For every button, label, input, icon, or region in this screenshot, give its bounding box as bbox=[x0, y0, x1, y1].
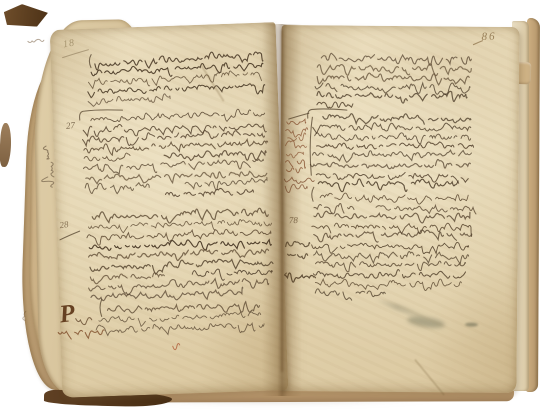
handwriting-line bbox=[315, 81, 472, 96]
manuscript-page-left: 18 2728P bbox=[50, 22, 289, 398]
handwriting-line bbox=[192, 267, 274, 282]
manuscript-book-photo: 86 78 18 2728P bbox=[0, 0, 555, 416]
handwriting-line bbox=[314, 202, 356, 216]
handwriting-line bbox=[316, 170, 470, 186]
pen-flourish bbox=[308, 117, 317, 177]
handwriting-line bbox=[91, 287, 245, 306]
margin-note-scribble bbox=[285, 141, 308, 154]
handwriting-line bbox=[92, 208, 270, 226]
handwriting-line bbox=[87, 227, 273, 246]
margin-note-scribble bbox=[286, 125, 310, 138]
handwriting-line bbox=[320, 192, 470, 208]
pen-flourish bbox=[98, 299, 107, 318]
handwriting-line bbox=[376, 202, 478, 216]
margin-note-scribble bbox=[286, 165, 304, 178]
manuscript-paragraph bbox=[50, 22, 289, 398]
margin-note-scribble bbox=[284, 174, 316, 188]
handwriting-line bbox=[312, 221, 474, 237]
ink-smudge-stain bbox=[374, 296, 430, 322]
parchment-crease bbox=[414, 359, 445, 396]
margin-numeral: 28 bbox=[59, 220, 69, 230]
margin-numeral: 78 bbox=[289, 216, 298, 225]
handwriting-line bbox=[88, 246, 270, 266]
handwriting-line bbox=[312, 151, 473, 164]
manuscript-paragraph bbox=[50, 22, 289, 398]
handwriting-line bbox=[88, 93, 172, 109]
handwriting-line bbox=[317, 63, 473, 79]
margin-numeral: 27 bbox=[66, 121, 76, 131]
pen-flourish bbox=[60, 231, 82, 242]
handwriting-line bbox=[165, 187, 255, 202]
handwriting-line bbox=[91, 61, 265, 81]
handwriting-line bbox=[90, 258, 275, 276]
handwriting-line bbox=[312, 240, 471, 256]
margin-note-scribble bbox=[173, 342, 183, 355]
handwriting-line bbox=[84, 152, 132, 167]
handwriting-line bbox=[317, 72, 471, 88]
handwriting-line bbox=[315, 288, 387, 301]
handwriting-line bbox=[88, 82, 267, 100]
margin-note-scribble bbox=[58, 326, 106, 341]
margin-note-scribble bbox=[287, 117, 308, 130]
pen-flourish bbox=[289, 113, 311, 121]
handwriting-line bbox=[185, 177, 269, 193]
handwriting-line bbox=[89, 238, 273, 256]
handwriting-line bbox=[315, 131, 473, 147]
handwriting-line bbox=[96, 320, 266, 338]
book-cover-corner bbox=[4, 3, 49, 28]
handwriting-line bbox=[83, 155, 265, 176]
handwriting-line bbox=[314, 230, 474, 244]
handwriting-line bbox=[99, 311, 263, 329]
folio-number-left: 18 bbox=[62, 38, 76, 50]
handwriting-line bbox=[315, 259, 467, 274]
handwriting-line bbox=[88, 217, 273, 236]
handwriting-line bbox=[90, 271, 166, 286]
handwriting-line bbox=[88, 277, 270, 296]
handwriting-line bbox=[86, 169, 269, 186]
fore-edge-mark bbox=[27, 34, 46, 49]
ink-smudge-stain bbox=[406, 314, 445, 330]
margin-note-scribble bbox=[285, 157, 307, 170]
ink-smudge-stain bbox=[465, 323, 478, 327]
pen-flourish bbox=[78, 107, 124, 123]
manuscript-paragraph bbox=[50, 22, 289, 398]
handwriting-line bbox=[313, 250, 470, 266]
initial-letter-P: P bbox=[58, 301, 76, 328]
handwriting-line bbox=[323, 112, 473, 128]
handwriting-line bbox=[84, 138, 270, 158]
handwritten-text-right: 78 bbox=[278, 25, 519, 393]
parchment-crease bbox=[201, 65, 225, 102]
handwritten-text-left: 2728P bbox=[50, 22, 289, 398]
handwriting-line bbox=[318, 179, 460, 193]
pen-flourish bbox=[307, 107, 349, 121]
margin-note-scribble bbox=[286, 241, 312, 254]
pen-flourish bbox=[62, 50, 90, 60]
pen-flourish bbox=[473, 41, 484, 47]
handwriting-line bbox=[88, 69, 263, 90]
handwriting-line bbox=[91, 109, 267, 129]
pen-flourish bbox=[88, 54, 97, 69]
margin-note-scribble bbox=[286, 149, 305, 162]
handwriting-line bbox=[85, 181, 151, 196]
margin-note-scribble bbox=[288, 133, 308, 146]
handwriting-line bbox=[95, 51, 265, 72]
handwriting-line bbox=[313, 269, 467, 284]
manuscript-paragraph bbox=[278, 25, 519, 393]
handwriting-line bbox=[107, 301, 261, 318]
handwriting-line bbox=[315, 279, 463, 294]
manuscript-paragraph bbox=[278, 25, 519, 393]
margin-note-scribble bbox=[282, 271, 317, 284]
pen-flourish bbox=[310, 187, 318, 203]
handwriting-line bbox=[314, 211, 472, 225]
manuscript-paragraph bbox=[278, 25, 519, 393]
handwriting-line bbox=[164, 149, 268, 165]
handwriting-line bbox=[83, 121, 268, 139]
handwriting-line bbox=[317, 141, 476, 154]
book-cover-edge-left bbox=[0, 123, 12, 168]
handwriting-line bbox=[317, 91, 469, 104]
handwriting-line bbox=[310, 160, 472, 173]
folio-number-right: 86 bbox=[481, 32, 496, 43]
handwriting-line bbox=[317, 100, 355, 113]
handwriting-line bbox=[321, 53, 473, 67]
margin-note-scribble bbox=[285, 182, 309, 195]
handwriting-line bbox=[313, 122, 473, 137]
manuscript-paragraph bbox=[50, 22, 289, 398]
manuscript-page-right: 86 78 bbox=[278, 25, 519, 393]
margin-note-scribble bbox=[288, 250, 310, 263]
handwriting-line bbox=[82, 130, 266, 148]
margin-note-scribble bbox=[75, 313, 94, 327]
